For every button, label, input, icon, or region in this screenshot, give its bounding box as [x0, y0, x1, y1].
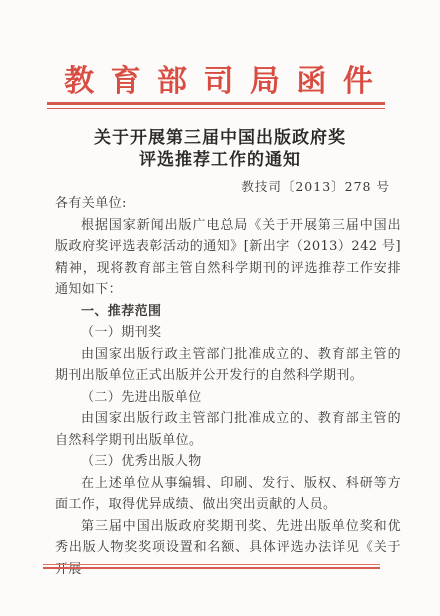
- paragraph: 第三届中国出版政府奖期刊奖、先进出版单位奖和优秀出版人物奖奖项设置和名额、具体评…: [55, 516, 401, 581]
- letterhead-title: 教 育 部 司 局 函 件: [0, 56, 440, 100]
- letterhead-divider: [47, 102, 385, 109]
- section-heading: 一、推荐范围: [55, 301, 401, 323]
- subsection-label: （三）优秀出版人物: [55, 451, 401, 473]
- footer-divider: [43, 564, 380, 569]
- document-title-line2: 评选推荐工作的通知: [0, 149, 440, 171]
- paragraph: 在上述单位从事编辑、印刷、发行、版权、科研等方面工作，取得优异成绩、做出突出贡献…: [55, 473, 401, 516]
- paragraph: 由国家出版行政主管部门批准成立的、教育部主管的期刊出版单位正式出版并公开发行的自…: [55, 344, 401, 387]
- document-title-line1: 关于开展第三届中国出版政府奖: [0, 127, 440, 149]
- document-body: 各有关单位: 根据国家新闻出版广电总局《关于开展第三届中国出版政府奖评选表彰活动…: [55, 193, 401, 580]
- salutation: 各有关单位:: [55, 193, 401, 215]
- document-title: 关于开展第三届中国出版政府奖 评选推荐工作的通知: [0, 127, 440, 171]
- paragraph: 由国家出版行政主管部门批准成立的、教育部主管的自然科学期刊出版单位。: [55, 408, 401, 451]
- subsection-label: （一）期刊奖: [55, 322, 401, 344]
- document-page: 教 育 部 司 局 函 件 关于开展第三届中国出版政府奖 评选推荐工作的通知 教…: [0, 0, 440, 616]
- paragraph: 根据国家新闻出版广电总局《关于开展第三届中国出版政府奖评选表彰活动的通知》[新出…: [55, 215, 401, 301]
- subsection-label: （二）先进出版单位: [55, 387, 401, 409]
